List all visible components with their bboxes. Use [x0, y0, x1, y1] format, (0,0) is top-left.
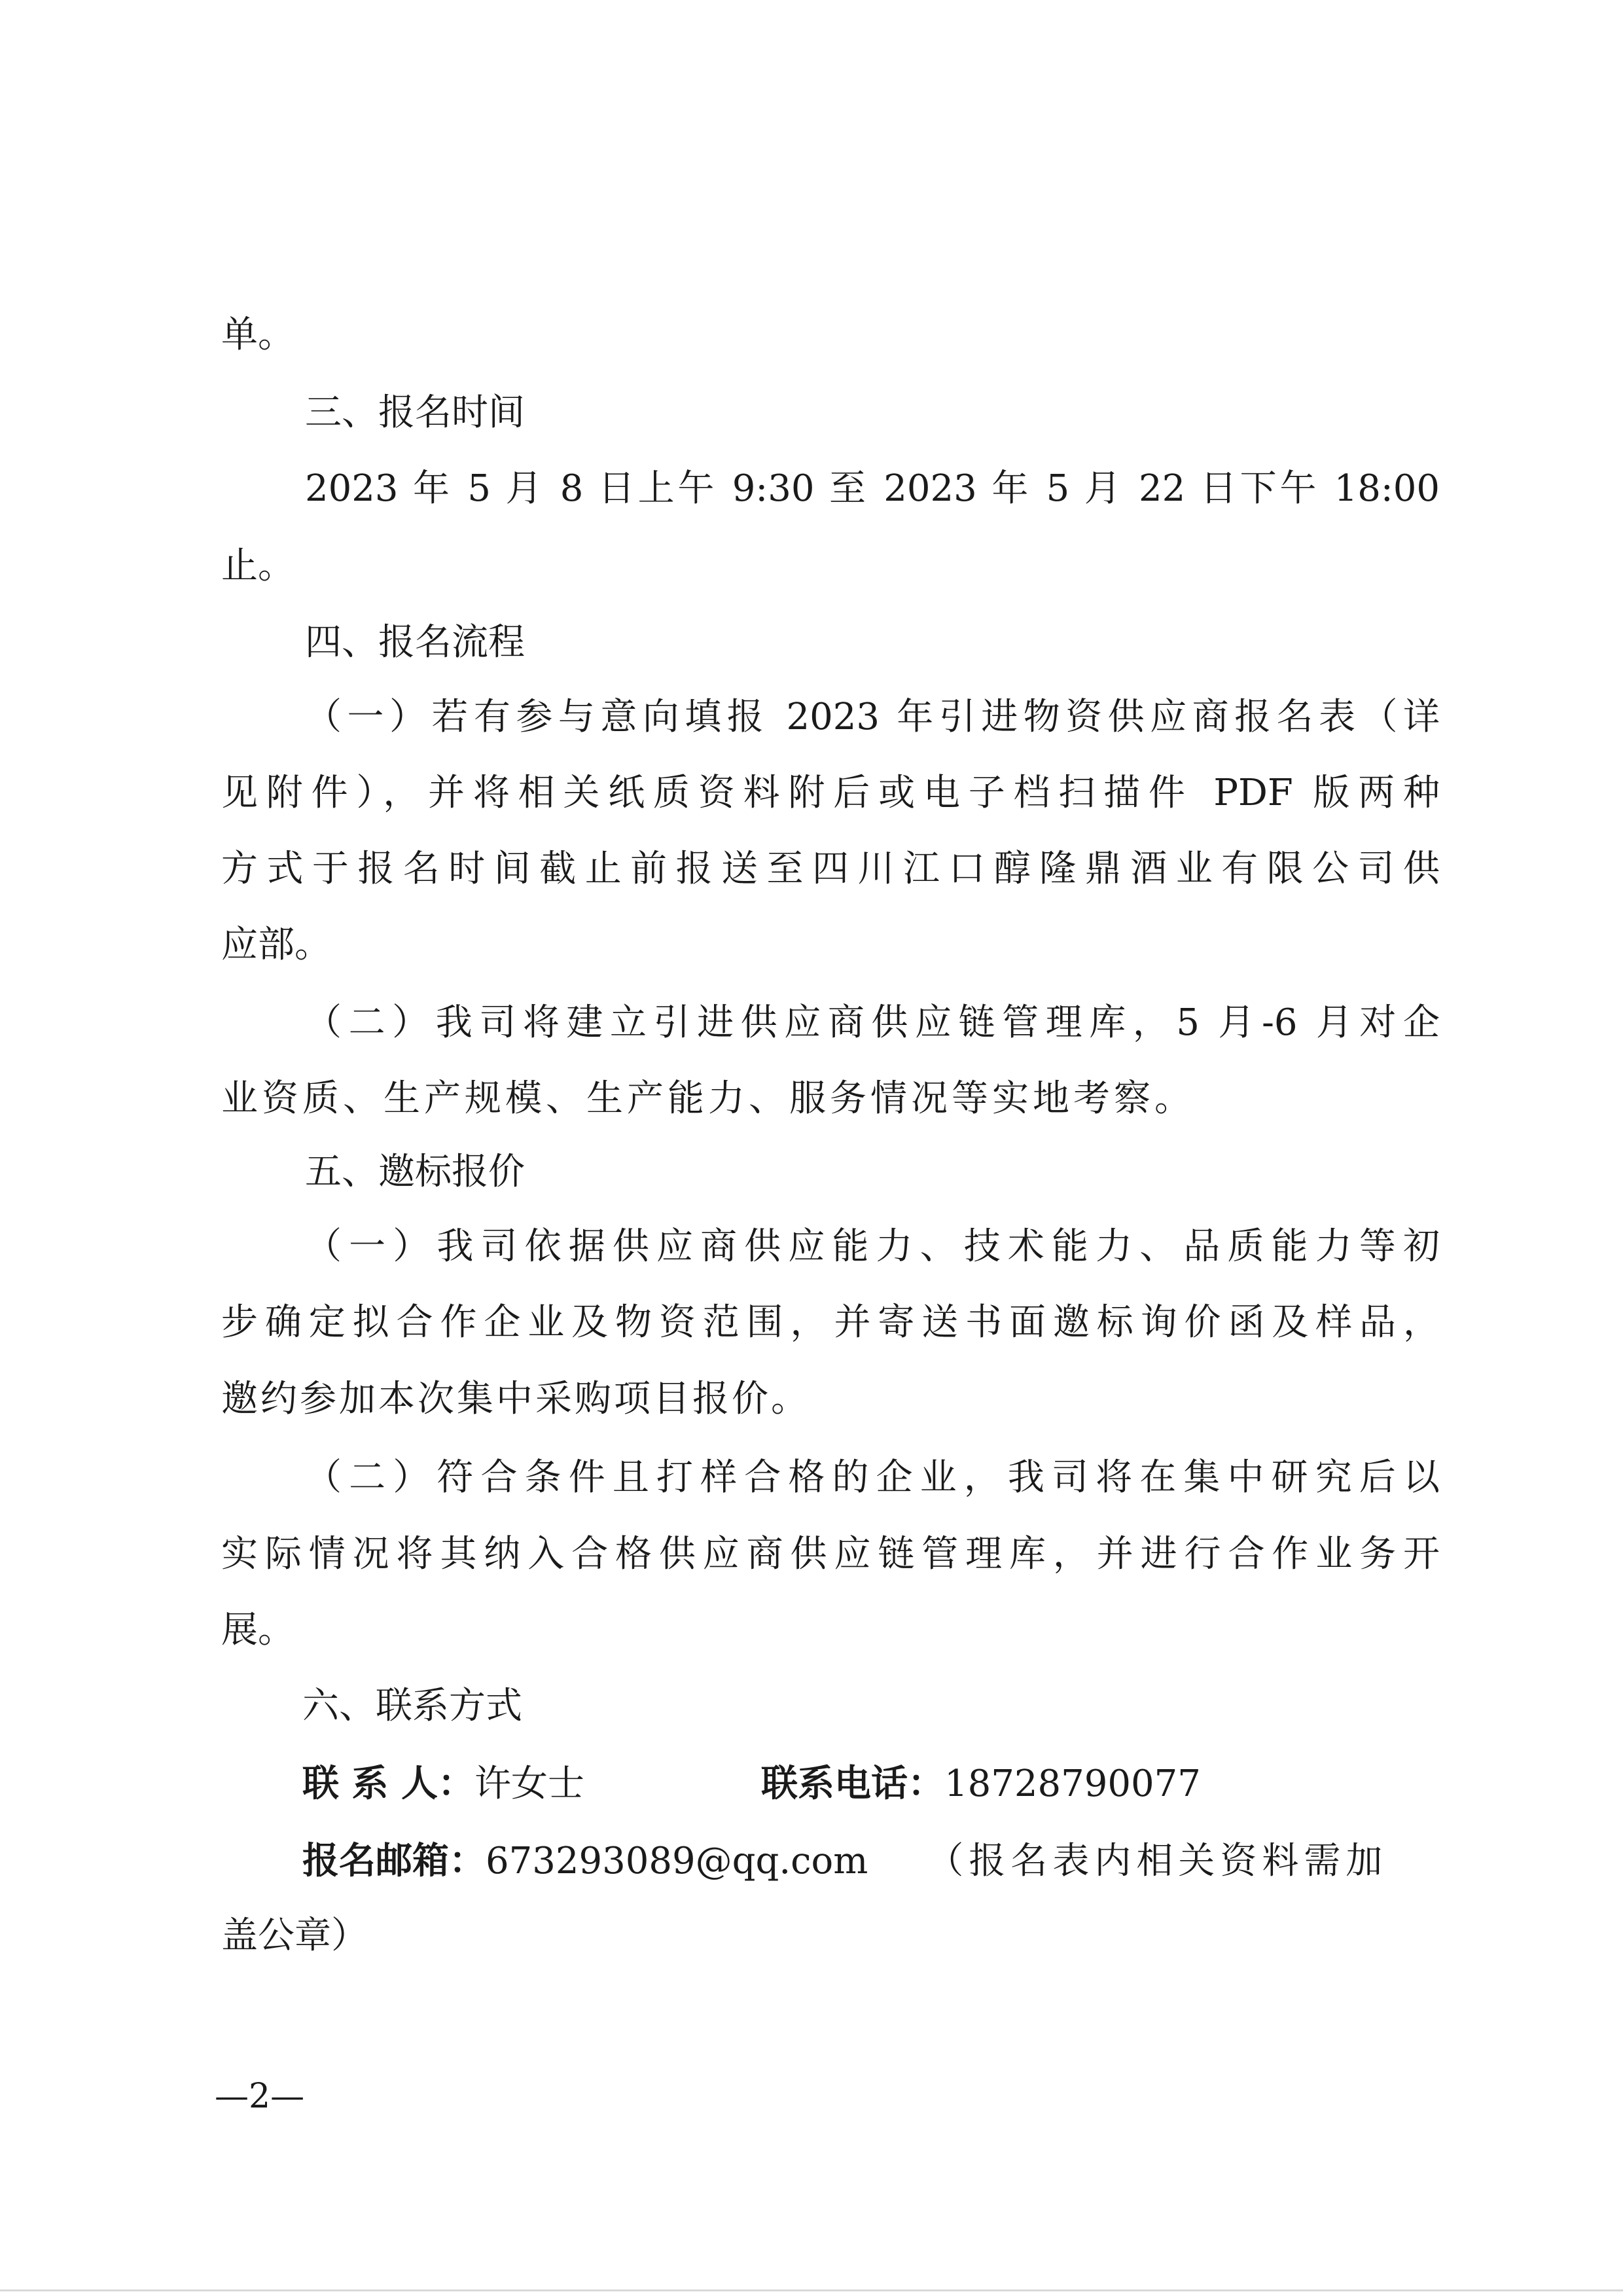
contact-person-value: 许女士	[474, 1763, 584, 1805]
text-line: 实际情况将其纳入合格供应商供应链管理库，并进行合作业务开	[221, 1528, 1440, 1581]
page-number: —2—	[215, 2073, 304, 2119]
section-heading-contact: 六、联系方式	[302, 1680, 1437, 1732]
document-page: 单。 三、报名时间 2023 年 5 月 8 日上午 9:30 至 2023 年…	[0, 0, 1623, 2296]
contact-email-value[interactable]: 673293089@qq.com	[486, 1840, 868, 1882]
page-bottom-edge	[0, 2289, 1623, 2291]
contact-phone-value[interactable]: 18728790077	[944, 1763, 1201, 1805]
text-line: 见附件），并将相关纸质资料附后或电子档扫描件 PDF 版两种	[221, 767, 1440, 819]
text-line: 止。	[221, 540, 1440, 592]
section-heading-bid-invitation: 五、邀标报价	[305, 1146, 1440, 1198]
text-line: 单。	[221, 309, 1440, 361]
text-line: 步确定拟合作企业及物资范围，并寄送书面邀标询价函及样品，	[221, 1297, 1440, 1349]
contact-note: （报名表内相关资料需加	[927, 1840, 1387, 1882]
section-heading-registration-time: 三、报名时间	[305, 387, 1440, 439]
registration-period: 2023 年 5 月 8 日上午 9:30 至 2023 年 5 月 22 日下…	[305, 463, 1440, 515]
text-line: （一）我司依据供应商供应能力、技术能力、品质能力等初	[305, 1221, 1440, 1273]
text-line: 盖公章）	[221, 1910, 1440, 1962]
contact-row-person-phone: 联 系 人：许女士联系电话：18728790077	[302, 1758, 1437, 1810]
text-line: （一）若有参与意向填报 2023 年引进物资供应商报名表（详	[305, 691, 1440, 744]
text-line: 展。	[221, 1604, 1440, 1657]
text-line: 业资质、生产规模、生产能力、服务情况等实地考察。	[221, 1073, 1440, 1125]
text-line: 方式于报名时间截止前报送至四川江口醇隆鼎酒业有限公司供	[221, 843, 1440, 895]
contact-email-label: 报名邮箱：	[302, 1840, 486, 1882]
contact-phone-label: 联系电话：	[761, 1763, 944, 1805]
text-line: （二）符合条件且打样合格的企业，我司将在集中研究后以	[305, 1452, 1440, 1504]
text-line: 邀约参加本次集中采购项目报价。	[221, 1373, 1440, 1426]
text-line: （二）我司将建立引进供应商供应链管理库，5 月-6 月对企	[305, 997, 1440, 1049]
section-heading-registration-process: 四、报名流程	[305, 617, 1440, 669]
contact-row-email: 报名邮箱：673293089@qq.com（报名表内相关资料需加	[302, 1835, 1437, 1888]
contact-person-label: 联 系 人：	[302, 1763, 474, 1805]
text-line: 应部。	[221, 919, 1440, 971]
